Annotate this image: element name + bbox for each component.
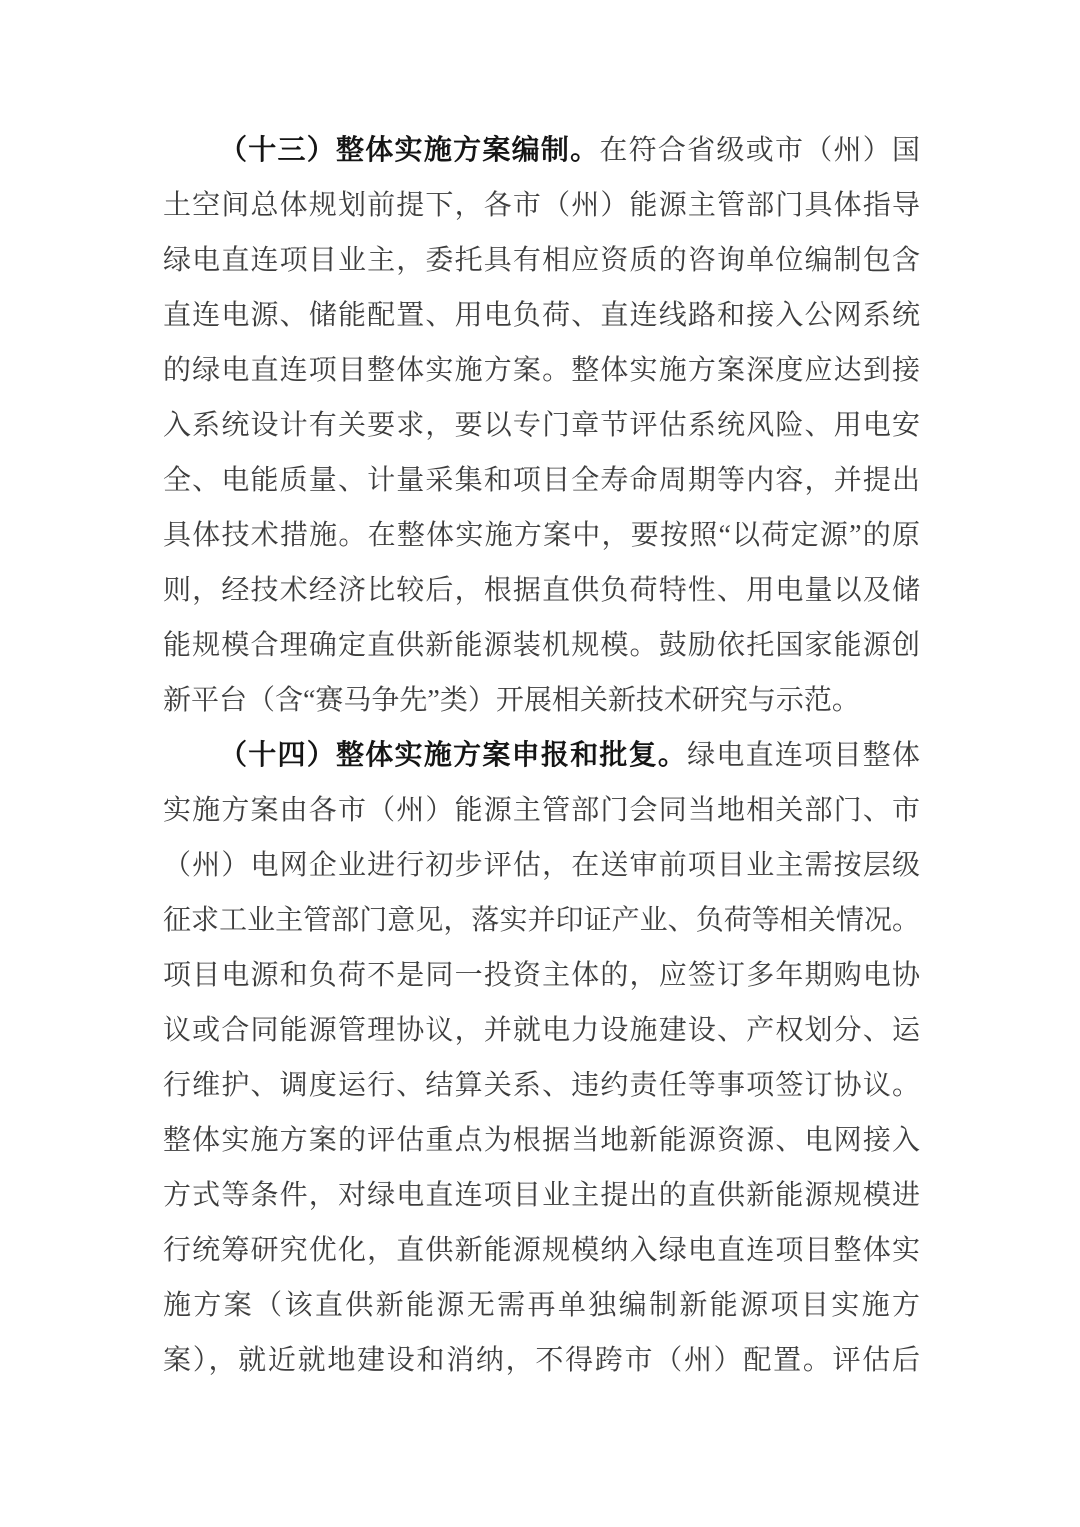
text-block: （十三）整体实施方案编制。在符合省级或市（州）国土空间总体规划前提下，各市（州）… — [163, 123, 920, 1388]
text-line: 能规模合理确定直供新能源装机规模。鼓励依托国家能源创 — [163, 618, 920, 673]
text-line: 征求工业主管部门意见，落实并印证产业、负荷等相关情况。 — [163, 893, 920, 948]
body-text: 新平台（含“赛马争先”类）开展相关新技术研究与示范。 — [163, 685, 860, 716]
text-line: （十三）整体实施方案编制。在符合省级或市（州）国 — [163, 123, 920, 178]
body-text: 的绿电直连项目整体实施方案。整体实施方案深度应达到接 — [163, 355, 920, 386]
text-line: 则，经技术经济比较后，根据直供负荷特性、用电量以及储 — [163, 563, 920, 618]
text-line: 具体技术措施。在整体实施方案中，要按照“以荷定源”的原 — [163, 508, 920, 563]
body-text: 方式等条件，对绿电直连项目业主提出的直供新能源规模进 — [163, 1180, 920, 1211]
body-text: 项目电源和负荷不是同一投资主体的，应签订多年期购电协 — [163, 960, 920, 991]
body-text: 在符合省级或市（州）国 — [599, 135, 920, 166]
body-text: 入系统设计有关要求，要以专门章节评估系统风险、用电安 — [163, 410, 920, 441]
body-text: 则，经技术经济比较后，根据直供负荷特性、用电量以及储 — [163, 575, 920, 606]
body-text: 行维护、调度运行、结算关系、违约责任等事项签订协议。 — [163, 1070, 920, 1101]
body-text: 绿电直连项目业主，委托具有相应资质的咨询单位编制包含 — [163, 245, 920, 276]
text-line: 绿电直连项目业主，委托具有相应资质的咨询单位编制包含 — [163, 233, 920, 288]
section-heading: （十三）整体实施方案编制。 — [219, 135, 599, 166]
body-text: 整体实施方案的评估重点为根据当地新能源资源、电网接入 — [163, 1125, 920, 1156]
text-line: 全、电能质量、计量采集和项目全寿命周期等内容，并提出 — [163, 453, 920, 508]
body-text: 具体技术措施。在整体实施方案中，要按照“以荷定源”的原 — [163, 520, 920, 551]
text-line: 直连电源、储能配置、用电负荷、直连线路和接入公网系统 — [163, 288, 920, 343]
text-line: 入系统设计有关要求，要以专门章节评估系统风险、用电安 — [163, 398, 920, 453]
body-text: 案），就近就地建设和消纳，不得跨市（州）配置。评估后 — [163, 1345, 920, 1376]
body-text: 直连电源、储能配置、用电负荷、直连线路和接入公网系统 — [163, 300, 920, 331]
text-line: 行统筹研究优化，直供新能源规模纳入绿电直连项目整体实 — [163, 1223, 920, 1278]
body-text: 绿电直连项目整体 — [687, 740, 920, 771]
body-text: 行统筹研究优化，直供新能源规模纳入绿电直连项目整体实 — [163, 1235, 920, 1266]
body-text: 议或合同能源管理协议，并就电力设施建设、产权划分、运 — [163, 1015, 920, 1046]
body-text: 全、电能质量、计量采集和项目全寿命周期等内容，并提出 — [163, 465, 920, 496]
text-line: 土空间总体规划前提下，各市（州）能源主管部门具体指导 — [163, 178, 920, 233]
document-page: （十三）整体实施方案编制。在符合省级或市（州）国土空间总体规划前提下，各市（州）… — [0, 0, 1080, 1527]
body-text: 征求工业主管部门意见，落实并印证产业、负荷等相关情况。 — [163, 905, 920, 936]
body-text: （州）电网企业进行初步评估，在送审前项目业主需按层级 — [163, 850, 920, 881]
section-heading: （十四）整体实施方案申报和批复。 — [219, 740, 687, 771]
text-line: 新平台（含“赛马争先”类）开展相关新技术研究与示范。 — [163, 673, 920, 728]
text-line: 整体实施方案的评估重点为根据当地新能源资源、电网接入 — [163, 1113, 920, 1168]
text-line: 议或合同能源管理协议，并就电力设施建设、产权划分、运 — [163, 1003, 920, 1058]
text-line: 的绿电直连项目整体实施方案。整体实施方案深度应达到接 — [163, 343, 920, 398]
text-line: 项目电源和负荷不是同一投资主体的，应签订多年期购电协 — [163, 948, 920, 1003]
text-line: 实施方案由各市（州）能源主管部门会同当地相关部门、市 — [163, 783, 920, 838]
text-line: 案），就近就地建设和消纳，不得跨市（州）配置。评估后 — [163, 1333, 920, 1388]
body-text: 能规模合理确定直供新能源装机规模。鼓励依托国家能源创 — [163, 630, 920, 661]
body-text: 土空间总体规划前提下，各市（州）能源主管部门具体指导 — [163, 190, 920, 221]
text-line: （州）电网企业进行初步评估，在送审前项目业主需按层级 — [163, 838, 920, 893]
text-line: 施方案（该直供新能源无需再单独编制新能源项目实施方 — [163, 1278, 920, 1333]
text-line: （十四）整体实施方案申报和批复。绿电直连项目整体 — [163, 728, 920, 783]
text-line: 方式等条件，对绿电直连项目业主提出的直供新能源规模进 — [163, 1168, 920, 1223]
body-text: 施方案（该直供新能源无需再单独编制新能源项目实施方 — [163, 1290, 920, 1321]
text-line: 行维护、调度运行、结算关系、违约责任等事项签订协议。 — [163, 1058, 920, 1113]
body-text: 实施方案由各市（州）能源主管部门会同当地相关部门、市 — [163, 795, 920, 826]
